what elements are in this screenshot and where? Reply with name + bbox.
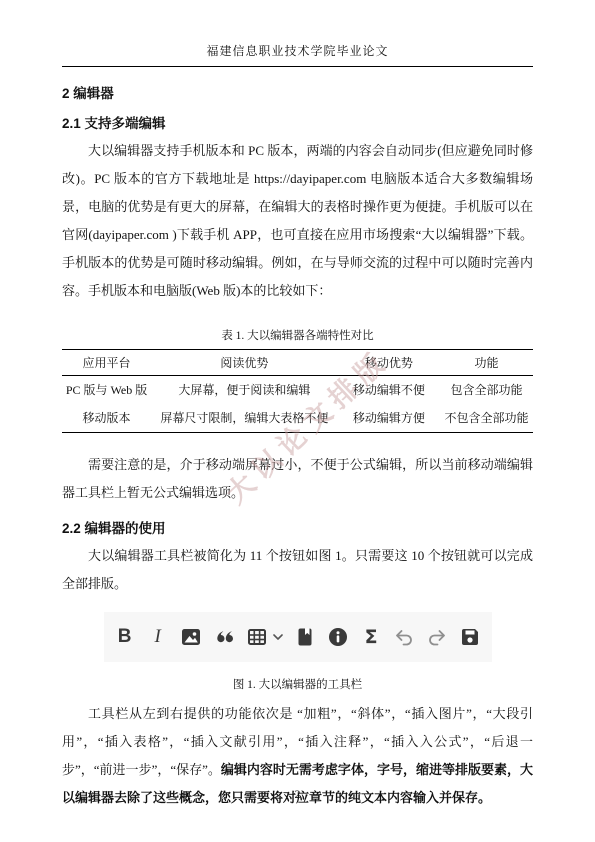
blockquote-icon[interactable] [212,625,236,649]
insert-citation-icon[interactable] [293,625,317,649]
paragraph-formula-note: 需要注意的是，介于移动端屏幕过小，不便于公式编辑，所以当前移动端编辑器工具栏上暂… [62,451,533,507]
section-heading-2-1: 2.1 支持多端编辑 [62,112,533,132]
comparison-table: 应用平台 阅读优势 移动优势 功能 PC 版与 Web 版 大屏幕，便于阅读和编… [62,349,533,433]
figure-caption: 图 1. 大以编辑器的工具栏 [62,676,533,692]
cell-platform-mobile: 移动版本 [62,404,151,433]
cell-features-pc: 包含全部功能 [440,376,533,405]
cell-platform-pc: PC 版与 Web 版 [62,376,151,405]
editor-toolbar-figure: B I [104,612,492,662]
insert-table-icon[interactable] [245,625,269,649]
bold-icon[interactable]: B [113,625,137,649]
col-header-reading: 阅读优势 [151,350,338,376]
section-heading-2: 2 编辑器 [62,82,533,102]
redo-icon[interactable] [425,625,449,649]
page-number: 2 [0,787,595,802]
italic-icon[interactable]: I [146,625,170,649]
cell-reading-mobile: 屏幕尺寸限制，编辑大表格不便 [151,404,338,433]
undo-icon[interactable] [392,625,416,649]
chevron-down-icon[interactable] [272,628,284,646]
paragraph-multiplatform: 大以编辑器支持手机版本和 PC 版本，两端的内容会自动同步(但应避免同时修改)。… [62,137,533,305]
save-icon[interactable] [458,625,482,649]
insert-image-icon[interactable] [179,625,203,649]
col-header-platform: 应用平台 [62,350,151,376]
section-heading-2-2: 2.2 编辑器的使用 [62,517,533,537]
cell-features-mobile: 不包含全部功能 [440,404,533,433]
col-header-mobility: 移动优势 [338,350,440,376]
document-page: 大以论文排版 福建信息职业技术学院毕业论文 2 编辑器 2.1 支持多端编辑 大… [0,0,595,842]
insert-formula-icon[interactable]: Σ [359,625,383,649]
table-row: 移动版本 屏幕尺寸限制，编辑大表格不便 移动编辑方便 不包含全部功能 [62,404,533,433]
cell-mobility-mobile: 移动编辑方便 [338,404,440,433]
table-header-row: 应用平台 阅读优势 移动优势 功能 [62,350,533,376]
table-button-group[interactable] [245,625,284,649]
table-row: PC 版与 Web 版 大屏幕，便于阅读和编辑 移动编辑不便 包含全部功能 [62,376,533,405]
paragraph-toolbar-intro: 大以编辑器工具栏被简化为 11 个按钮如图 1。只需要这 10 个按钮就可以完成… [62,542,533,598]
col-header-features: 功能 [440,350,533,376]
cell-reading-pc: 大屏幕，便于阅读和编辑 [151,376,338,405]
table-caption: 表 1. 大以编辑器各端特性对比 [62,327,533,343]
cell-mobility-pc: 移动编辑不便 [338,376,440,405]
insert-annotation-icon[interactable] [326,625,350,649]
page-content: 福建信息职业技术学院毕业论文 2 编辑器 2.1 支持多端编辑 大以编辑器支持手… [62,0,533,812]
running-header: 福建信息职业技术学院毕业论文 [62,0,533,67]
